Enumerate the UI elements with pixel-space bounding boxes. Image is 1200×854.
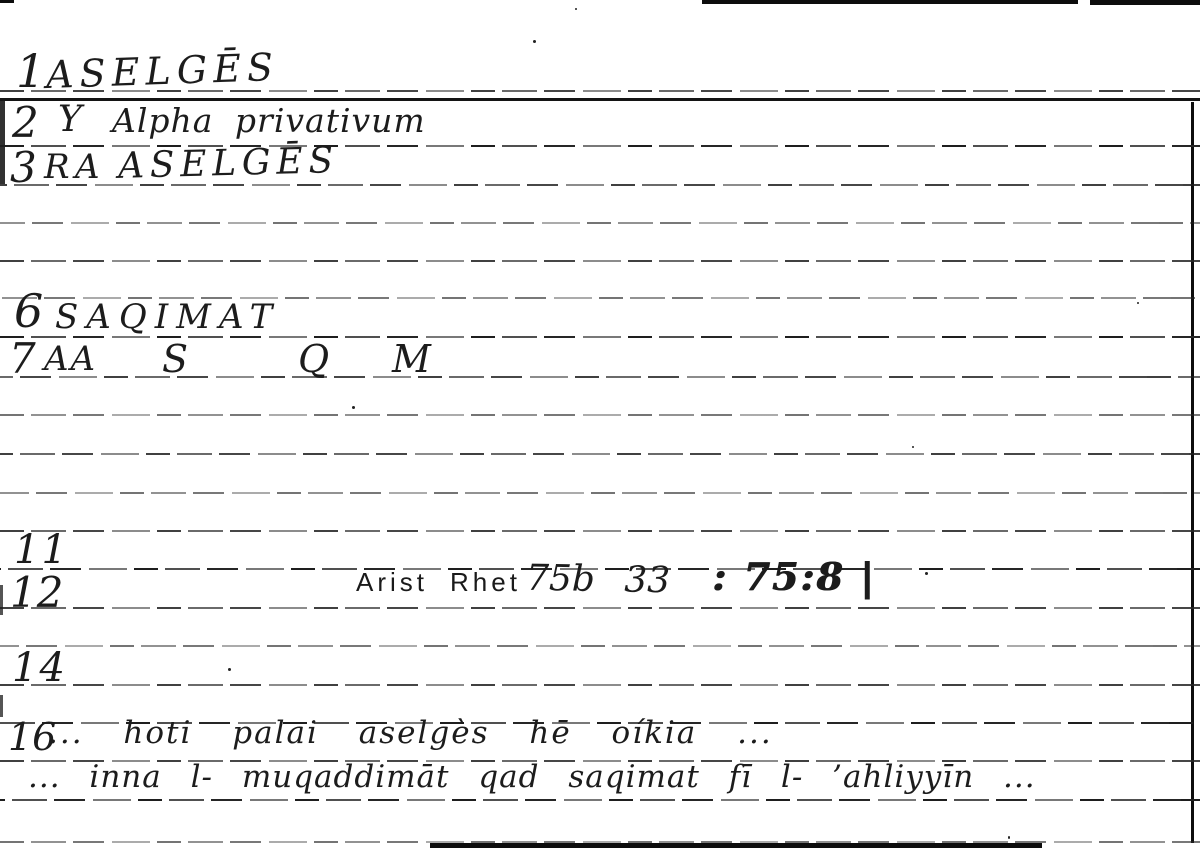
citation-locus: 75b 33 [526,561,671,600]
line-number-12: 12 [10,572,63,614]
ruled-line [0,684,1200,686]
ruled-line [0,222,1200,224]
letter-q: Q [298,340,329,378]
scan-speck [925,572,928,575]
ruled-line [0,530,1200,532]
headword-aselges: ASELGĒS [45,48,279,94]
citation-author: Arist [356,569,428,595]
siglum-y: Y [58,102,82,138]
ruled-line [0,492,1200,494]
scanned-index-card: 1 ASELGĒS 2 Y Alpha privativum 3 RA ASEL… [0,0,1200,854]
note-alpha-privativum: Alpha privativum [112,104,426,137]
scan-speck [533,40,536,43]
ruled-line [0,607,1200,609]
ruled-line [0,799,1200,801]
entry-saqimat: SAQIMAT [55,300,280,334]
scan-speck [912,446,914,448]
line-number-14: 14 [12,648,67,688]
scan-speck [228,668,231,671]
scan-speck [575,8,577,10]
quote-arabic: ... inna l- muqaddimāt qad saqimat fī l-… [28,762,1036,793]
citation-work: Rhet [450,569,521,595]
ruled-line [0,841,1200,843]
line-number-3: 3 [10,147,37,189]
card-top-edge [702,0,1078,4]
line-number-6: 6 [14,288,43,334]
quote-greek: ... hoti palai aselgès hē oíkia ... [48,718,773,749]
left-edge-smudge [0,695,3,717]
card-right-edge [1191,102,1194,843]
headword-aselges-2: ASELGĒS [118,143,340,185]
line-number-7: 7 [9,338,36,380]
letter-m: M [392,340,431,378]
left-edge-smudge [0,100,5,184]
letter-s: S [162,340,188,378]
siglum-ra: RA [44,150,105,184]
ruled-line [0,260,1200,262]
citation-stamp: : 75:8 | [712,558,876,596]
ruled-line [0,645,1200,647]
scan-top-edge-left [0,0,14,3]
left-edge-smudge [0,585,3,615]
scan-bottom-band [430,843,1042,848]
line-number-2: 2 [12,102,39,144]
scan-speck [1137,302,1139,304]
ruled-line [0,453,1200,455]
line-number-11: 11 [14,530,69,570]
ruled-line [0,414,1200,416]
card-top-edge-right [1090,0,1200,5]
siglum-aa: AA [44,342,97,376]
scan-speck [352,406,355,409]
scan-speck [1008,836,1010,839]
line-number-1: 1 [16,48,45,94]
